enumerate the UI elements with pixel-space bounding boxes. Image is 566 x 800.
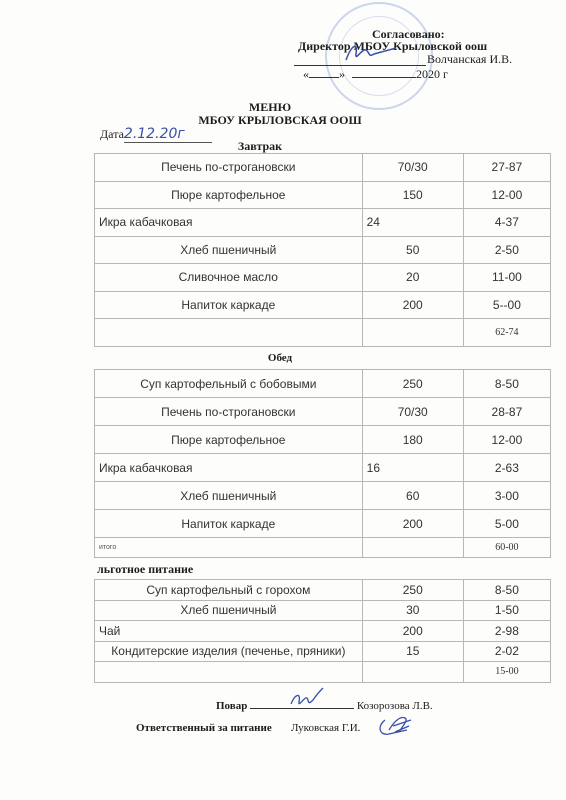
dish-name: Пюре картофельное (95, 426, 363, 454)
approval-year: 2020 г (416, 67, 448, 81)
table-row: Икра кабачковая 24 4-37 (95, 209, 551, 237)
director-signature-icon (340, 40, 400, 66)
total-price: 15-00 (463, 662, 550, 683)
dish-weight: 50 (362, 236, 463, 264)
section-title-lunch: Обед (250, 352, 310, 364)
month-blank (352, 65, 416, 78)
dish-weight: 200 (362, 510, 463, 538)
breakfast-table: Печень по-строгановски 70/30 27-87 Пюре … (94, 153, 551, 347)
total-label (95, 662, 363, 683)
dish-price: 27-87 (463, 154, 550, 182)
table-row: Пюре картофельное 150 12-00 (95, 181, 551, 209)
dish-name: Напиток каркаде (95, 510, 363, 538)
cook-name: Козорозова Л.В. (357, 700, 433, 712)
dish-price: 3-00 (463, 482, 550, 510)
dish-price: 5--00 (463, 291, 550, 319)
dish-name: Хлеб пшеничный (95, 600, 363, 621)
table-row: Кондитерские изделия (печенье, пряники) … (95, 641, 551, 662)
dish-weight: 180 (362, 426, 463, 454)
dish-weight: 200 (362, 621, 463, 642)
dish-price: 8-50 (463, 580, 550, 601)
dish-price: 1-50 (463, 600, 550, 621)
table-row: Печень по-строгановски 70/30 27-87 (95, 154, 551, 182)
total-weight-empty (362, 319, 463, 347)
section-title-preferential: льготное питание (97, 562, 193, 577)
responsible-name: Луковская Г.И. (291, 722, 360, 734)
total-weight-empty (362, 662, 463, 683)
date-field: Дата2.12.20г (100, 127, 212, 143)
total-row: итого 60-00 (95, 538, 551, 558)
dish-weight: 250 (362, 580, 463, 601)
dish-price: 2-63 (463, 454, 550, 482)
dish-weight: 70/30 (362, 154, 463, 182)
responsible-signature-icon (375, 712, 415, 742)
dish-price: 2-02 (463, 641, 550, 662)
total-label (95, 319, 363, 347)
dish-weight: 30 (362, 600, 463, 621)
total-row: 62-74 (95, 319, 551, 347)
dish-name: Печень по-строгановски (95, 154, 363, 182)
approval-director-name: Волчанская И.В. (427, 52, 512, 66)
total-price: 62-74 (463, 319, 550, 347)
dish-name: Икра кабачковая (95, 454, 363, 482)
dish-name: Напиток каркаде (95, 291, 363, 319)
dish-weight: 70/30 (362, 398, 463, 426)
dish-price: 2-50 (463, 236, 550, 264)
table-row: Хлеб пшеничный 50 2-50 (95, 236, 551, 264)
date-quote-close: » (339, 67, 345, 81)
lunch-table: Суп картофельный с бобовыми 250 8-50 Печ… (94, 369, 551, 558)
total-price: 60-00 (463, 538, 550, 558)
dish-name: Хлеб пшеничный (95, 482, 363, 510)
table-row: Суп картофельный с горохом 250 8-50 (95, 580, 551, 601)
section-title-breakfast: Завтрак (220, 139, 300, 154)
dish-price: 2-98 (463, 621, 550, 642)
dish-weight: 60 (362, 482, 463, 510)
table-row: Печень по-строгановски 70/30 28-87 (95, 398, 551, 426)
table-row: Хлеб пшеничный 30 1-50 (95, 600, 551, 621)
table-row: Суп картофельный с бобовыми 250 8-50 (95, 370, 551, 398)
date-value: 2.12.20г (124, 128, 212, 143)
day-blank (309, 65, 339, 78)
table-row: Напиток каркаде 200 5--00 (95, 291, 551, 319)
preferential-table: Суп картофельный с горохом 250 8-50 Хлеб… (94, 579, 551, 683)
total-weight-empty (362, 538, 463, 558)
dish-weight: 24 (362, 209, 463, 237)
dish-name: Сливочное масло (95, 264, 363, 292)
total-row: 15-00 (95, 662, 551, 683)
dish-weight: 20 (362, 264, 463, 292)
table-row: Хлеб пшеничный 60 3-00 (95, 482, 551, 510)
dish-weight: 150 (362, 181, 463, 209)
table-row: Чай 200 2-98 (95, 621, 551, 642)
school-name: МБОУ КРЫЛОВСКАЯ ООШ (190, 113, 370, 128)
responsible-label: Ответственный за питание (136, 722, 272, 734)
dish-name: Суп картофельный с горохом (95, 580, 363, 601)
dish-name: Чай (95, 621, 363, 642)
dish-name: Суп картофельный с бобовыми (95, 370, 363, 398)
table-row: Напиток каркаде 200 5-00 (95, 510, 551, 538)
dish-name: Кондитерские изделия (печенье, пряники) (95, 641, 363, 662)
dish-price: 5-00 (463, 510, 550, 538)
cook-label: Повар (216, 700, 247, 712)
dish-weight: 16 (362, 454, 463, 482)
table-row: Пюре картофельное 180 12-00 (95, 426, 551, 454)
dish-price: 8-50 (463, 370, 550, 398)
dish-price: 4-37 (463, 209, 550, 237)
dish-price: 11-00 (463, 264, 550, 292)
dish-price: 28-87 (463, 398, 550, 426)
table-row: Икра кабачковая 16 2-63 (95, 454, 551, 482)
dish-price: 12-00 (463, 181, 550, 209)
dish-weight: 15 (362, 641, 463, 662)
table-row: Сливочное масло 20 11-00 (95, 264, 551, 292)
dish-name: Хлеб пшеничный (95, 236, 363, 264)
dish-name: Икра кабачковая (95, 209, 363, 237)
dish-name: Пюре картофельное (95, 181, 363, 209)
date-label: Дата (100, 127, 124, 141)
dish-price: 12-00 (463, 426, 550, 454)
total-label: итого (95, 538, 363, 558)
dish-weight: 200 (362, 291, 463, 319)
dish-weight: 250 (362, 370, 463, 398)
dish-name: Печень по-строгановски (95, 398, 363, 426)
cook-signature-icon (287, 686, 327, 712)
